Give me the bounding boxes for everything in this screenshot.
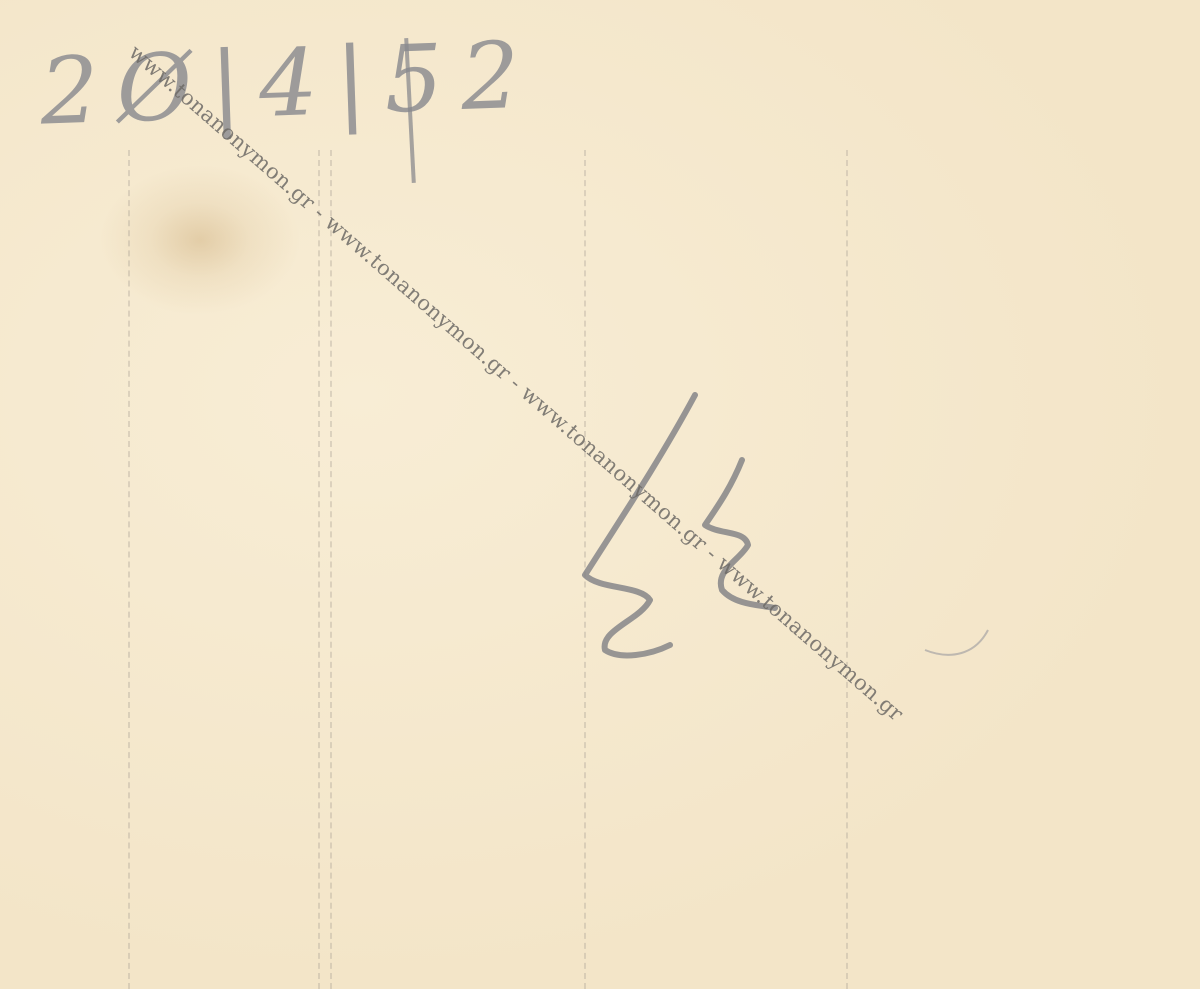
- handwritten-center-mark: [0, 0, 1200, 989]
